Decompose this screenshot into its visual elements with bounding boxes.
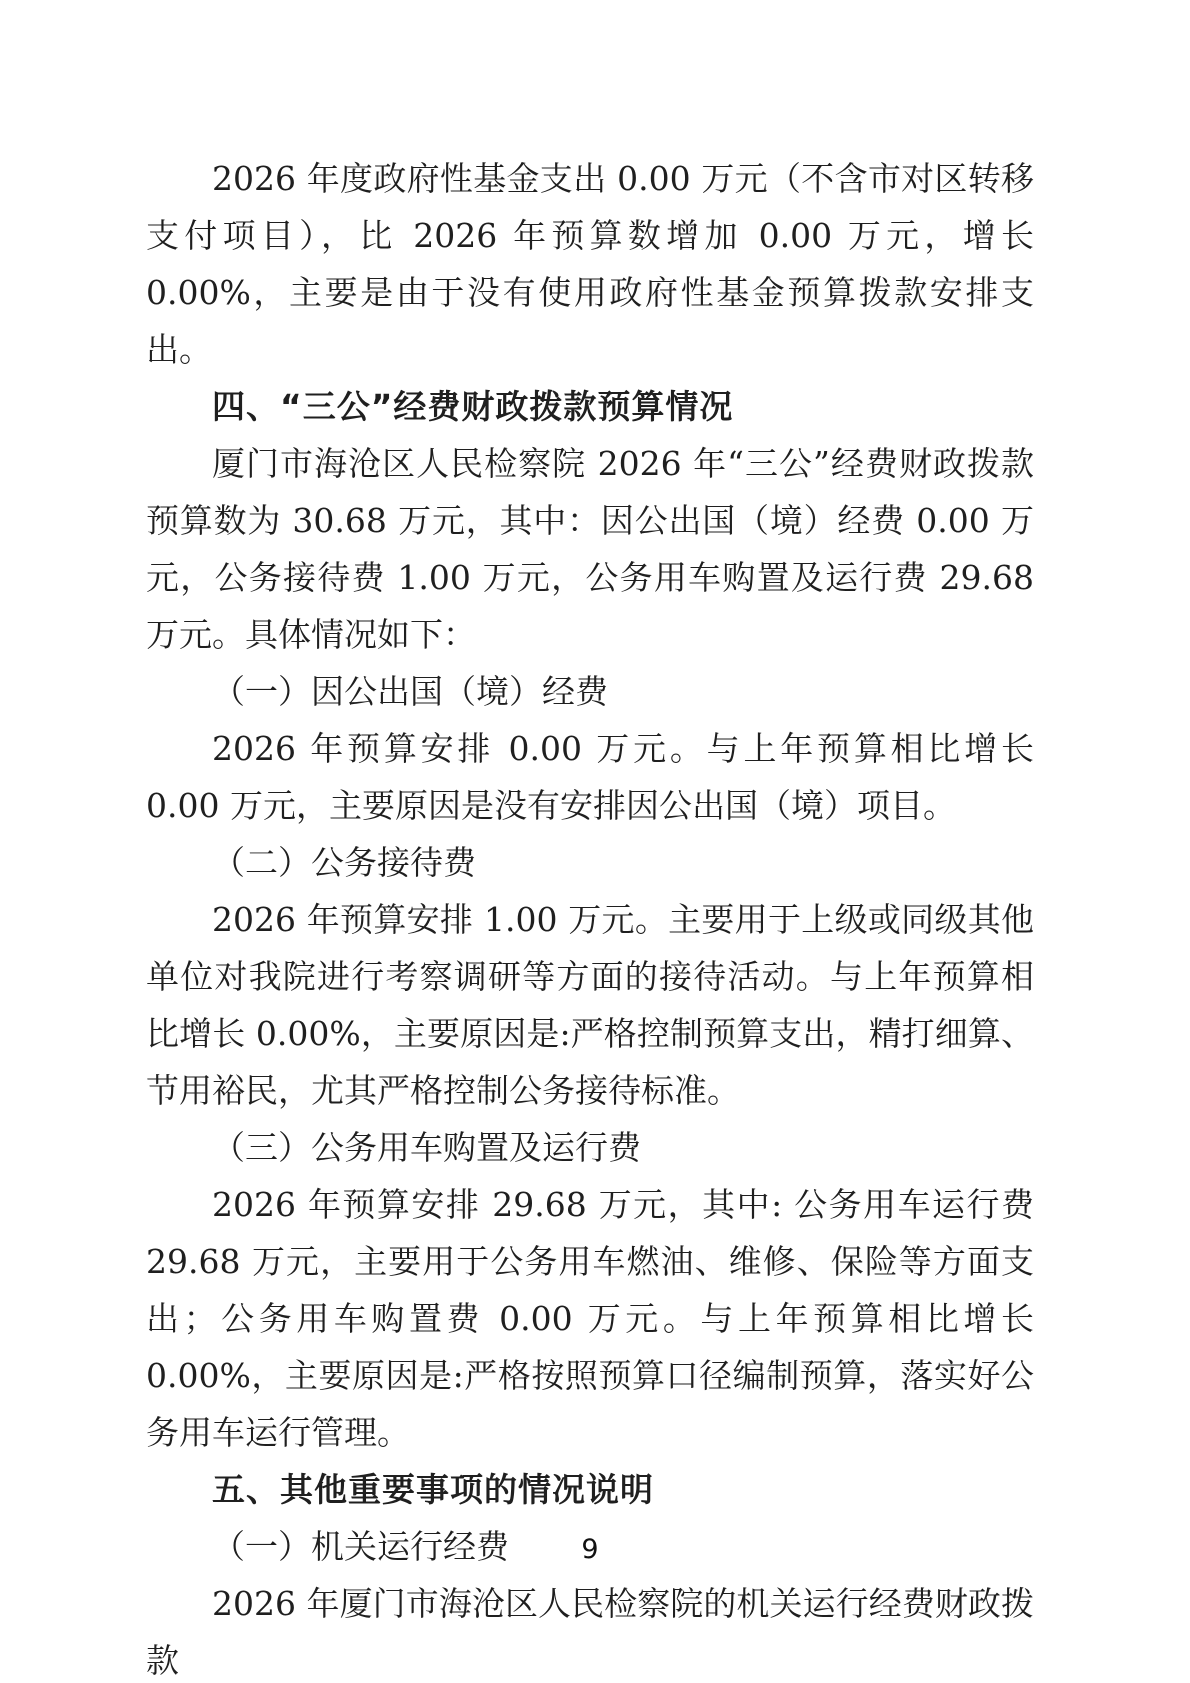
paragraph-gov-fund-expenditure: 2026 年度政府性基金支出 0.00 万元（不含市对区转移支付项目），比 20…	[146, 150, 1034, 378]
paragraph-official-reception-detail: 2026 年预算安排 1.00 万元。主要用于上级或同级其他单位对我院进行考察调…	[146, 891, 1034, 1119]
subheading-overseas-trips-expense: （一）因公出国（境）经费	[146, 663, 1034, 720]
subheading-official-vehicle-expense: （三）公务用车购置及运行费	[146, 1119, 1034, 1176]
section-heading-three-public-funds: 四、“三公”经费财政拨款预算情况	[146, 378, 1034, 435]
paragraph-three-public-funds-overview: 厦门市海沧区人民检察院 2026 年“三公”经费财政拨款预算数为 30.68 万…	[146, 435, 1034, 663]
paragraph-agency-operating-funds-intro: 2026 年厦门市海沧区人民检察院的机关运行经费财政拨款	[146, 1575, 1034, 1683]
subheading-official-reception-expense: （二）公务接待费	[146, 834, 1034, 891]
document-body: 2026 年度政府性基金支出 0.00 万元（不含市对区转移支付项目），比 20…	[146, 150, 1034, 1683]
paragraph-official-vehicle-detail: 2026 年预算安排 29.68 万元，其中: 公务用车运行费 29.68 万元…	[146, 1176, 1034, 1461]
section-heading-other-important-matters: 五、其他重要事项的情况说明	[146, 1461, 1034, 1518]
document-page: 2026 年度政府性基金支出 0.00 万元（不含市对区转移支付项目），比 20…	[0, 0, 1190, 1683]
paragraph-overseas-trips-detail: 2026 年预算安排 0.00 万元。与上年预算相比增长 0.00 万元，主要原…	[146, 720, 1034, 834]
page-number: 9	[146, 1534, 1034, 1565]
